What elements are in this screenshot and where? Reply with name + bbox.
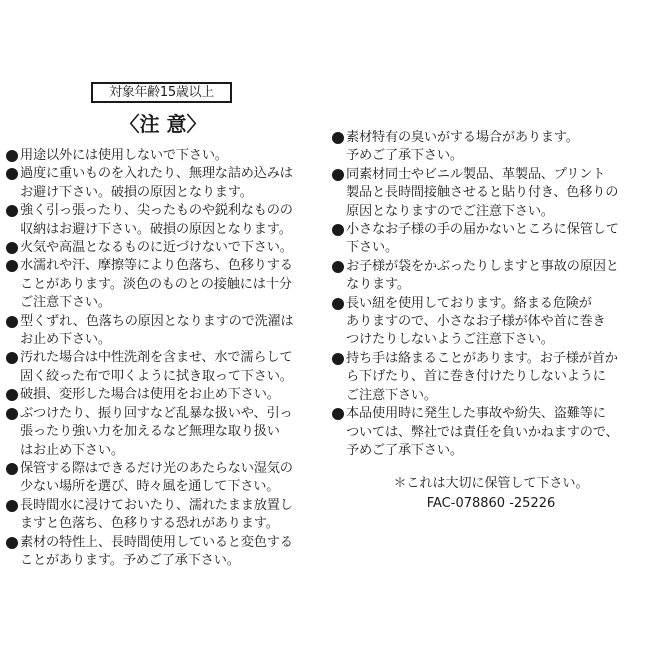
caution-text-line: ことがあります。淡色のものとの接触には十分 (20, 276, 326, 294)
caution-text-line: 同素材同士やビニル製品、革製品、プリント (346, 166, 650, 184)
caution-text-line: 収納はお避け下さい。破損の原因となります。 (20, 221, 326, 239)
caution-text-line: 本品使用時に発生した事故や紛失、盗難等に (346, 405, 650, 423)
bullet-icon (6, 500, 18, 512)
caution-text-line: 製品と長時間接触させると貼り付き、色移りの (346, 184, 650, 202)
caution-item: 水濡れや汗、摩擦等により色落ち、色移りすることがあります。淡色のものとの接触には… (6, 257, 326, 312)
caution-text-line: 保管する際はできるだけ光のあたらない湿気の (20, 460, 326, 478)
caution-text-line: 原因となりますのでご注意下さい。 (346, 203, 650, 221)
caution-item: 長い紐を使用しております。絡まる危険がありますので、小さなお子様が体や首に巻きつ… (332, 295, 650, 350)
caution-item: 本品使用時に発生した事故や紛失、盗難等については、弊社では責任を負いかねますので… (332, 405, 650, 460)
bullet-icon (332, 298, 344, 310)
bullet-icon (6, 205, 18, 217)
caution-text-line: ご注意下さい。 (346, 387, 650, 405)
product-code: FAC-078860 -25226 (332, 494, 650, 514)
caution-text-line: お子様が袋をかぶったりしますと事故の原因と (346, 258, 650, 276)
bullet-icon (332, 169, 344, 181)
caution-text-line: 固く絞った布で叩くように拭き取って下さい。 (20, 368, 326, 386)
caution-text-line: 少ない場所を選び、時々風を通して下さい。 (20, 478, 326, 496)
caution-item: 用途以外には使用しないで下さい。 (6, 147, 326, 165)
caution-text-line: 持ち手は絡まることがあります。お子様が首か (346, 350, 650, 368)
right-column: 素材特有の臭いがする場合があります。予めご了承下さい。同素材同士やビニル製品、革… (332, 129, 650, 460)
caution-text-line: 水濡れや汗、摩擦等により色落ち、色移りする (20, 257, 326, 275)
caution-item: 素材特有の臭いがする場合があります。予めご了承下さい。 (332, 129, 650, 166)
bullet-icon (332, 408, 344, 420)
caution-text-line: はお止め下さい。 (20, 442, 326, 460)
bullet-icon (6, 316, 18, 328)
bullet-icon (332, 261, 344, 273)
caution-text-line: つけたりしないようご注意下さい。 (346, 331, 650, 349)
caution-text-line: 強く引っ張ったり、尖ったものや鋭利なものの (20, 202, 326, 220)
caution-item: 型くずれ、色落ちの原因となりますので洗濯はお止め下さい。 (6, 313, 326, 350)
caution-text-line: ご注意下さい。 (20, 294, 326, 312)
caution-item: 長時間水に浸けておいたり、濡れたまま放置しますと色落ち、色移りする恐れがあります… (6, 497, 326, 534)
caution-item: 持ち手は絡まることがあります。お子様が首から下げたり、首に巻き付けたりしないよう… (332, 350, 650, 405)
caution-item: 同素材同士やビニル製品、革製品、プリント製品と長時間接触させると貼り付き、色移り… (332, 166, 650, 221)
caution-text-line: お止め下さい。 (20, 331, 326, 349)
caution-text-line: ぶつけたり、振り回すなど乱暴な扱いや、引っ (20, 405, 326, 423)
caution-item: お子様が袋をかぶったりしますと事故の原因となります。 (332, 258, 650, 295)
caution-item: 火気や高温となるものに近づけないで下さい。 (6, 239, 326, 257)
bullet-icon (332, 132, 344, 144)
caution-text-line: 破損、変形した場合は使用をお止め下さい。 (20, 386, 326, 404)
caution-text-line: 長い紐を使用しております。絡まる危険が (346, 295, 650, 313)
caution-item: 破損、変形した場合は使用をお止め下さい。 (6, 386, 326, 404)
caution-item: 小さなお子様の手の届かないところに保管して下さい。 (332, 221, 650, 258)
caution-text-line: 下さい。 (346, 239, 650, 257)
bullet-icon (6, 260, 18, 272)
caution-text-line: お避け下さい。破損の原因となります。 (20, 184, 326, 202)
caution-text-line: 長時間水に浸けておいたり、濡れたまま放置し (20, 497, 326, 515)
bullet-icon (332, 353, 344, 365)
caution-title: 〈注 意〉 (113, 111, 213, 137)
caution-text-line: 予めご了承下さい。 (346, 147, 650, 165)
caution-text-line: ますと色落ち、色移りする恐れがあります。 (20, 515, 326, 533)
bullet-icon (6, 408, 18, 420)
caution-text-line: 予めご了承下さい。 (346, 442, 650, 460)
caution-item: 強く引っ張ったり、尖ったものや鋭利なものの収納はお避け下さい。破損の原因となりま… (6, 202, 326, 239)
caution-text-line: 火気や高温となるものに近づけないで下さい。 (20, 239, 326, 257)
bullet-icon (6, 150, 18, 162)
caution-text-line: 型くずれ、色落ちの原因となりますので洗濯は (20, 313, 326, 331)
age-label: 対象年齢15歳以上 (109, 85, 214, 100)
bullet-icon (6, 463, 18, 475)
caution-text-line: ら下げたり、首に巻き付けたりしないように (346, 368, 650, 386)
keep-note: ＊これは大切に保管して下さい。 (332, 474, 650, 494)
caution-text-line: ことがあります。予めご了承下さい。 (20, 552, 326, 570)
caution-text-line: 張ったり強い力を加えるなど無理な取り扱い (20, 423, 326, 441)
caution-item: 過度に重いものを入れたり、無理な詰め込みはお避け下さい。破損の原因となります。 (6, 165, 326, 202)
bullet-icon (6, 242, 18, 254)
footer: ＊これは大切に保管して下さい。 FAC-078860 -25226 (332, 474, 650, 514)
caution-item: 汚れた場合は中性洗剤を含ませ、水で濡らして固く絞った布で叩くように拭き取って下さ… (6, 349, 326, 386)
caution-text-line: ついては、弊社では責任を負いかねますので、 (346, 424, 650, 442)
caution-text-line: 素材の特性上、長時間使用していると変色する (20, 534, 326, 552)
bullet-icon (6, 389, 18, 401)
bullet-icon (6, 537, 18, 549)
bullet-icon (6, 168, 18, 180)
caution-text-line: 素材特有の臭いがする場合があります。 (346, 129, 650, 147)
caution-item: 保管する際はできるだけ光のあたらない湿気の少ない場所を選び、時々風を通して下さい… (6, 460, 326, 497)
age-label-box: 対象年齢15歳以上 (91, 82, 232, 103)
caution-text-line: 汚れた場合は中性洗剤を含ませ、水で濡らして (20, 349, 326, 367)
caution-text-line: 過度に重いものを入れたり、無理な詰め込みは (20, 165, 326, 183)
caution-text-line: ありますので、小さなお子様が体や首に巻き (346, 313, 650, 331)
caution-text-line: 用途以外には使用しないで下さい。 (20, 147, 326, 165)
bullet-icon (332, 224, 344, 236)
caution-text-line: なります。 (346, 276, 650, 294)
caution-text-line: 小さなお子様の手の届かないところに保管して (346, 221, 650, 239)
left-column: 用途以外には使用しないで下さい。過度に重いものを入れたり、無理な詰め込みはお避け… (6, 147, 326, 570)
caution-item: 素材の特性上、長時間使用していると変色することがあります。予めご了承下さい。 (6, 534, 326, 571)
caution-item: ぶつけたり、振り回すなど乱暴な扱いや、引っ張ったり強い力を加えるなど無理な取り扱… (6, 405, 326, 460)
bullet-icon (6, 352, 18, 364)
